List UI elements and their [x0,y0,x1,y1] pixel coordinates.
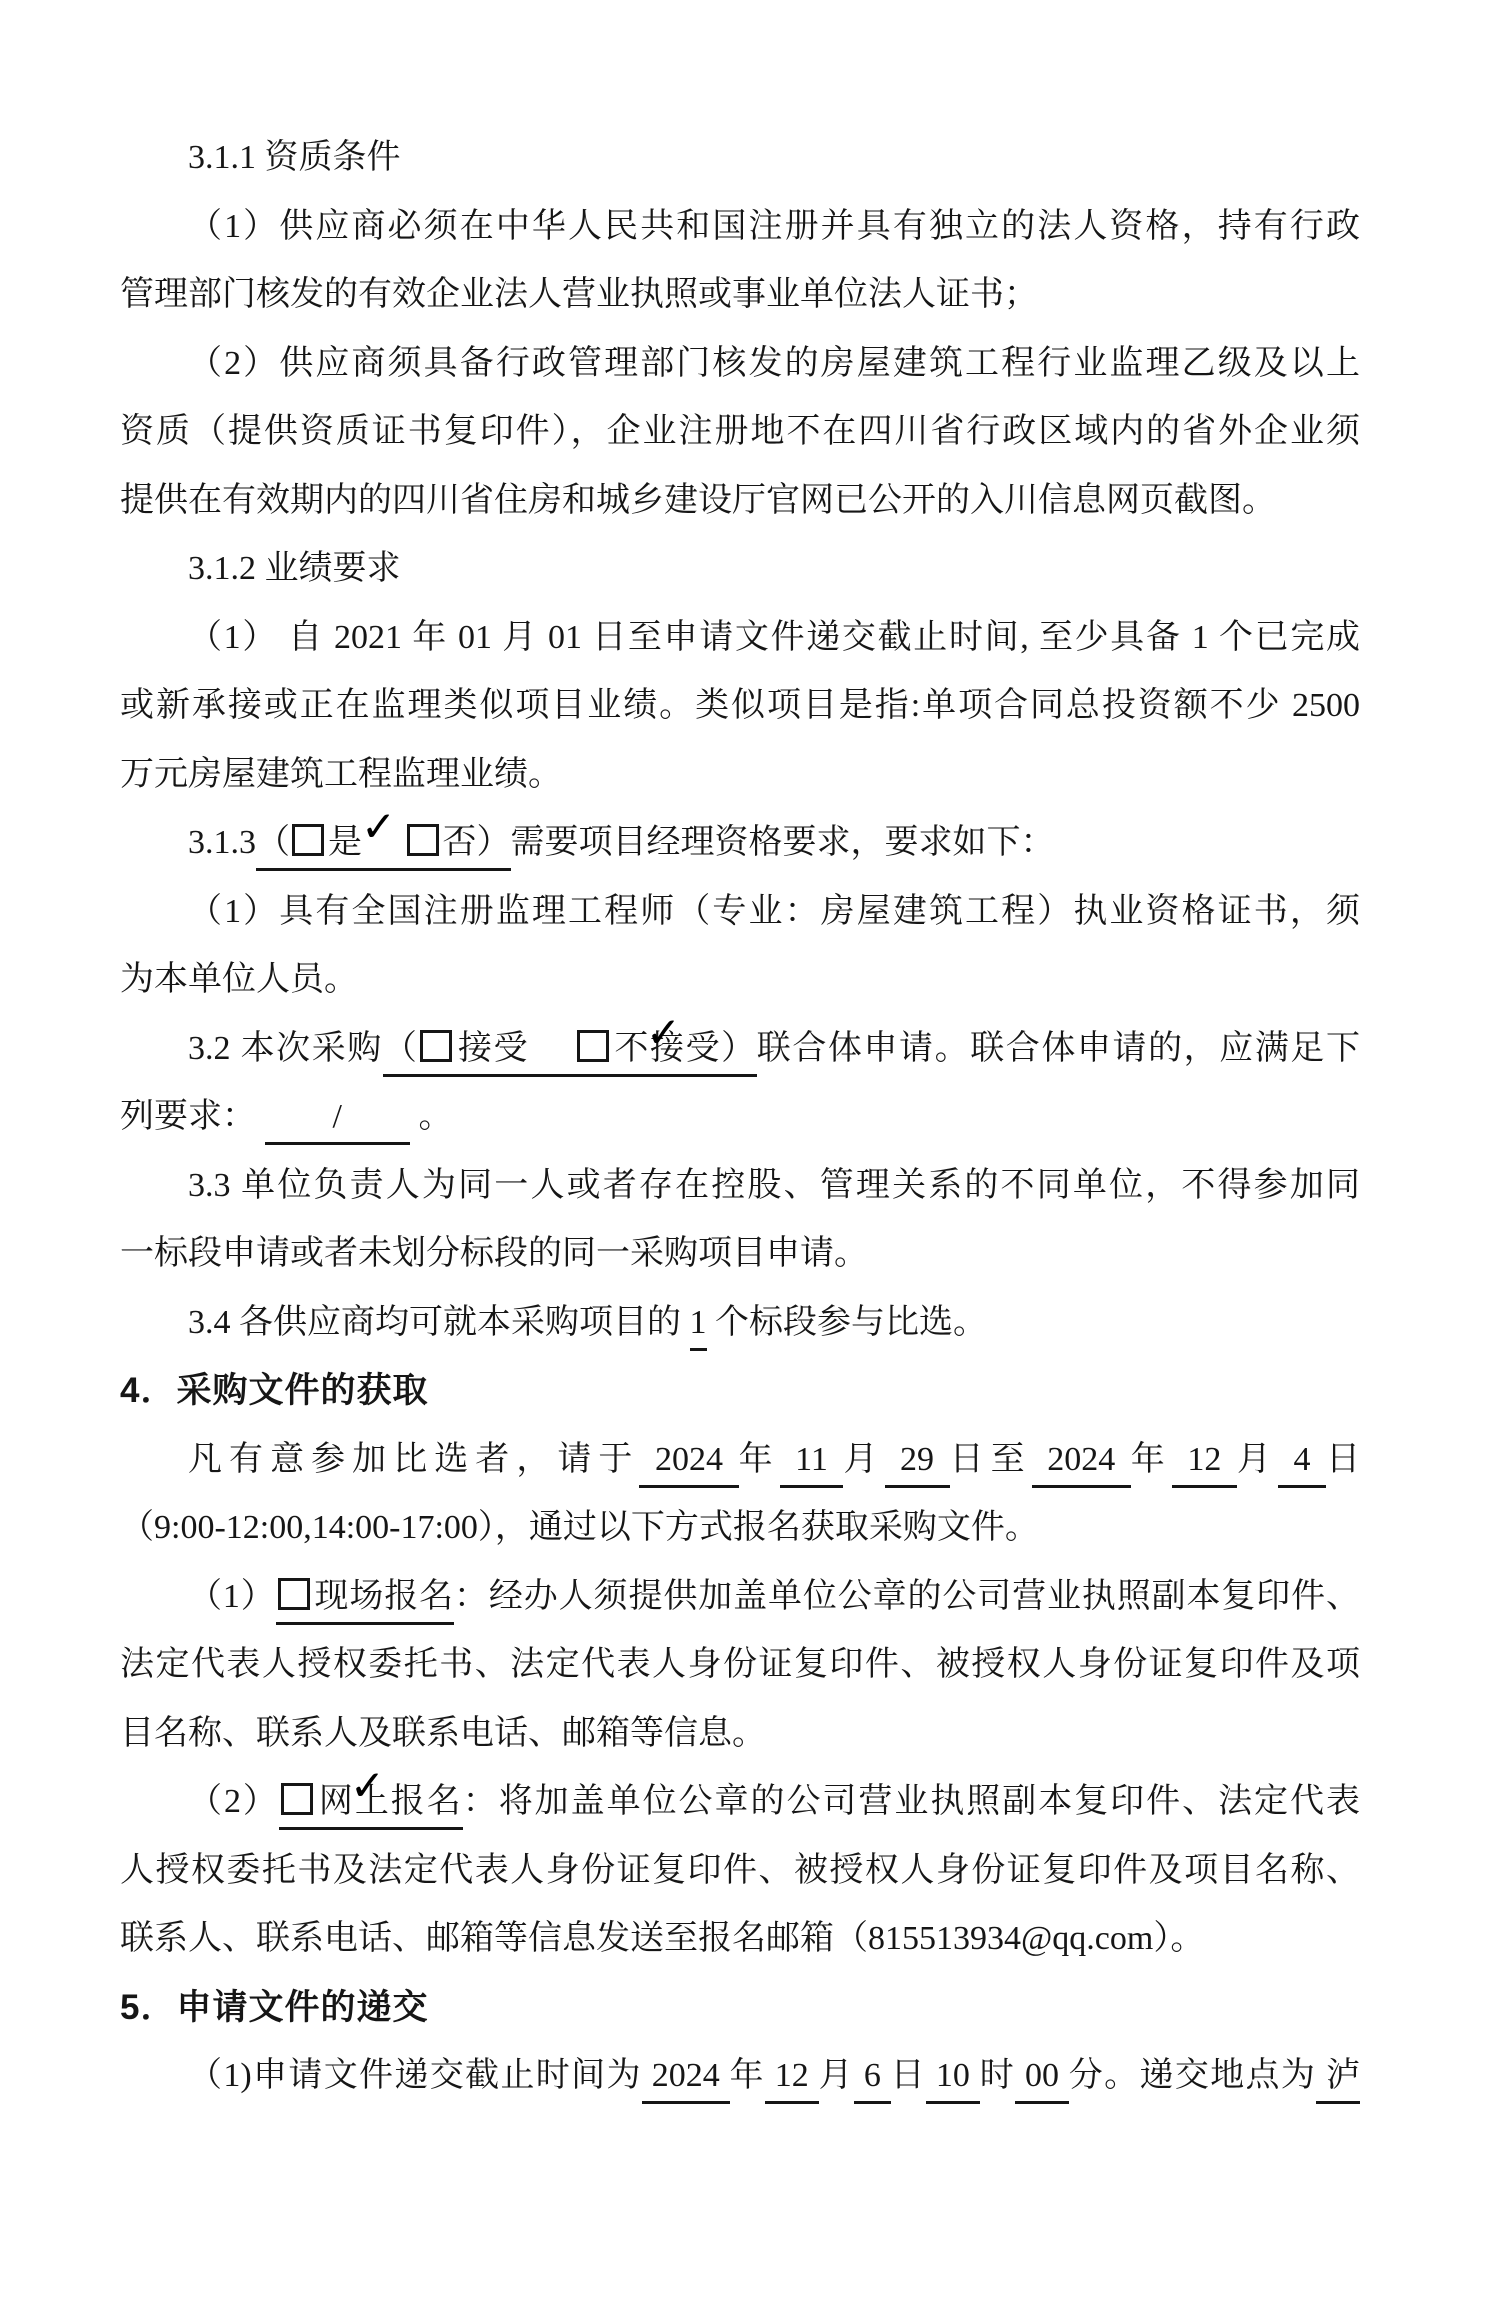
underlined-run: （是 否） [256,824,511,871]
text-run: 月 [843,1441,884,1478]
underlined-run: 4 [1278,1441,1326,1488]
text-run: 日至 [950,1441,1032,1478]
underlined-run: 12 [765,2057,819,2104]
line-3-1-3: 3.1.3（是 否）需要项目经理资格要求，要求如下： [120,809,1360,878]
text-run: 需要项目经理资格要求，要求如下： [511,824,1055,861]
line-3-1-1-item1a: （1）供应商必须在中华人民共和国注册并具有独立的法人资格，持有行政 [120,193,1360,262]
text-run: （9:00-12:00,14:00-17:00），通过以下方式报名获取采购文件。 [120,1509,1039,1546]
underlined-run: （接受 不接受） [383,1030,757,1077]
heading-5: 5．申请文件的递交 [120,1974,1360,2043]
underlined-run: 现场报名 [276,1578,454,1625]
line-4-item2a: （2）网上报名：将加盖单位公章的公司营业执照副本复印件、法定代表 [120,1768,1360,1837]
line-4-datesa: 凡有意参加比选者，请于 2024 年 11 月 29 日至 2024 年 12 … [120,1426,1360,1495]
text-run: 12 [765,2057,819,2094]
text-run: （2）供应商须具备行政管理部门核发的房屋建筑工程行业监理乙级及以上 [188,345,1360,382]
underlined-run: 2024 [1032,1441,1131,1488]
text-run: 资质（提供资质证书复印件），企业注册地不在四川省行政区域内的省外企业须 [120,413,1360,450]
text-run: 否） [443,824,511,861]
underlined-run: 11 [780,1441,844,1488]
text-run: 个标段参与比选。 [707,1304,988,1341]
text-run: 10 [926,2057,980,2094]
underlined-run: / [265,1098,410,1145]
line-3-3b: 一标段申请或者未划分标段的同一采购项目申请。 [120,1220,1360,1289]
line-3-1-2-item1c: 万元房屋建筑工程监理业绩。 [120,741,1360,810]
text-run: 3.1.3 [188,824,256,861]
text-run: 万元房屋建筑工程监理业绩。 [120,756,562,793]
underlined-run: 1 [690,1304,707,1351]
text-run: 29 [885,1441,950,1478]
text-run: （1） [188,1578,276,1615]
line-5-item1: （1)申请文件递交截止时间为 2024 年 12 月 6 日 10 时 00 分… [120,2042,1360,2111]
line-3-1-1-item2c: 提供在有效期内的四川省住房和城乡建设厅官网已公开的入川信息网页截图。 [120,467,1360,536]
underlined-run: 网上报名 [279,1783,463,1830]
text-run: 2024 [1032,1441,1131,1478]
text-run: 人授权委托书及法定代表人身份证复印件、被授权人身份证复印件及项目名称、 [120,1852,1360,1889]
checkbox-checked-icon [292,824,324,856]
checkbox-unchecked-icon [407,824,439,856]
line-3-2b: 列要求： / 。 [120,1083,1360,1152]
line-4-datesb: （9:00-12:00,14:00-17:00），通过以下方式报名获取采购文件。 [120,1494,1360,1563]
text-run: （1）具有全国注册监理工程师（专业：房屋建筑工程）执业资格证书，须 [188,893,1360,930]
text-run: 现场报名 [314,1578,454,1615]
text-run: 一标段申请或者未划分标段的同一采购项目申请。 [120,1235,868,1272]
text-run: 3.3 单位负责人为同一人或者存在控股、管理关系的不同单位，不得参加同 [188,1167,1360,1204]
line-3-1-2-item1b: 或新承接或正在监理类似项目业绩。类似项目是指:单项合同总投资额不少 2500 [120,672,1360,741]
text-run: 6 [854,2057,891,2094]
line-3-4: 3.4 各供应商均可就本采购项目的 1 个标段参与比选。 [120,1289,1360,1358]
text-run: 4 [1278,1441,1326,1478]
document-content: 3.1.1 资质条件（1）供应商必须在中华人民共和国注册并具有独立的法人资格，持… [120,124,1360,2111]
underlined-run: 2024 [639,1441,738,1488]
underlined-run: 10 [926,2057,980,2104]
text-run: 年 [730,2057,765,2094]
text-run: 12 [1172,1441,1237,1478]
text-run: 月 [819,2057,854,2094]
text-run: 11 [780,1441,844,1478]
text-run: 列要求： [120,1098,265,1135]
underlined-run: 2024 [642,2057,730,2104]
text-run: 凡有意参加比选者，请于 [188,1441,639,1478]
line-3-3a: 3.3 单位负责人为同一人或者存在控股、管理关系的不同单位，不得参加同 [120,1152,1360,1221]
text-run: 联合体申请。联合体申请的，应满足下 [757,1030,1360,1067]
text-run: 年 [1131,1441,1172,1478]
text-run: 。 [410,1098,453,1135]
text-run: （ [256,824,290,861]
checkbox-unchecked-icon [278,1578,310,1610]
text-run: （1） 自 2021 年 01 月 01 日至申请文件递交截止时间, 至少具备 … [188,619,1360,656]
text-run: 泸 [1316,2057,1360,2094]
text-run: 2024 [642,2057,730,2094]
text-run: 法定代表人授权委托书、法定代表人身份证复印件、被授权人身份证复印件及项 [120,1646,1360,1683]
text-run: 3.4 各供应商均可就本采购项目的 [188,1304,690,1341]
line-3-1-1-item2b: 资质（提供资质证书复印件），企业注册地不在四川省行政区域内的省外企业须 [120,398,1360,467]
text-run: / [265,1098,410,1135]
checkbox-checked-icon [281,1783,313,1815]
line-3-1-3-item1a: （1）具有全国注册监理工程师（专业：房屋建筑工程）执业资格证书，须 [120,878,1360,947]
text-run: 联系人、联系电话、邮箱等信息发送至报名邮箱（815513934@qq.com）。 [120,1920,1204,1957]
text-run: 年 [739,1441,780,1478]
text-run: 时 [980,2057,1015,2094]
text-run: （1)申请文件递交截止时间为 [188,2057,642,2094]
text-run: ：将加盖单位公章的公司营业执照副本复印件、法定代表 [463,1783,1360,1820]
text-run: 月 [1237,1441,1278,1478]
text-run: 3.1.1 资质条件 [188,139,401,176]
text-run: （2） [188,1783,279,1820]
text-run: 4．采购文件的获取 [120,1371,428,1410]
underlined-run: 泸 [1316,2057,1360,2104]
underlined-run: 6 [854,2057,891,2104]
text-run: 分。递交地点为 [1069,2057,1316,2094]
text-run: 管理部门核发的有效企业法人营业执照或事业单位法人证书； [120,276,1038,313]
line-4-item2c: 联系人、联系电话、邮箱等信息发送至报名邮箱（815513934@qq.com）。 [120,1905,1360,1974]
text-run: （1）供应商必须在中华人民共和国注册并具有独立的法人资格，持有行政 [188,208,1360,245]
line-3-1-1-title: 3.1.1 资质条件 [120,124,1360,193]
text-run: 1 [690,1304,707,1341]
checkbox-unchecked-icon [420,1030,452,1062]
heading-4: 4．采购文件的获取 [120,1357,1360,1426]
text-run: 2024 [639,1441,738,1478]
line-4-item2b: 人授权委托书及法定代表人身份证复印件、被授权人身份证复印件及项目名称、 [120,1837,1360,1906]
text-run: 提供在有效期内的四川省住房和城乡建设厅官网已公开的入川信息网页截图。 [120,482,1276,519]
text-run: 或新承接或正在监理类似项目业绩。类似项目是指:单项合同总投资额不少 2500 [120,687,1360,724]
text-run: 5．申请文件的递交 [120,1988,428,2027]
line-4-item1c: 目名称、联系人及联系电话、邮箱等信息。 [120,1700,1360,1769]
line-4-item1b: 法定代表人授权委托书、法定代表人身份证复印件、被授权人身份证复印件及项 [120,1631,1360,1700]
text-run: 为本单位人员。 [120,961,358,998]
text-run: 日 [891,2057,926,2094]
text-run: ：经办人须提供加盖单位公章的公司营业执照副本复印件、 [454,1578,1360,1615]
line-4-item1a: （1）现场报名：经办人须提供加盖单位公章的公司营业执照副本复印件、 [120,1563,1360,1632]
line-3-1-2-title: 3.1.2 业绩要求 [120,535,1360,604]
text-run: （ [383,1030,419,1067]
text-run: 00 [1015,2057,1069,2094]
checkbox-checked-icon [577,1030,609,1062]
line-3-1-1-item2a: （2）供应商须具备行政管理部门核发的房屋建筑工程行业监理乙级及以上 [120,330,1360,399]
line-3-1-1-item1b: 管理部门核发的有效企业法人营业执照或事业单位法人证书； [120,261,1360,330]
underlined-run: 00 [1015,2057,1069,2104]
document-page: 3.1.1 资质条件（1）供应商必须在中华人民共和国注册并具有独立的法人资格，持… [120,124,1360,2111]
underlined-run: 29 [885,1441,950,1488]
line-3-2a: 3.2 本次采购（接受 不接受）联合体申请。联合体申请的，应满足下 [120,1015,1360,1084]
text-run: 3.1.2 业绩要求 [188,550,401,587]
text-run: 3.2 本次采购 [188,1030,383,1067]
text-run: 日 [1326,1441,1360,1478]
text-run: 接受 [456,1030,574,1067]
text-run: 目名称、联系人及联系电话、邮箱等信息。 [120,1715,766,1752]
line-3-1-2-item1a: （1） 自 2021 年 01 月 01 日至申请文件递交截止时间, 至少具备 … [120,604,1360,673]
underlined-run: 12 [1172,1441,1237,1488]
line-3-1-3-item1b: 为本单位人员。 [120,946,1360,1015]
